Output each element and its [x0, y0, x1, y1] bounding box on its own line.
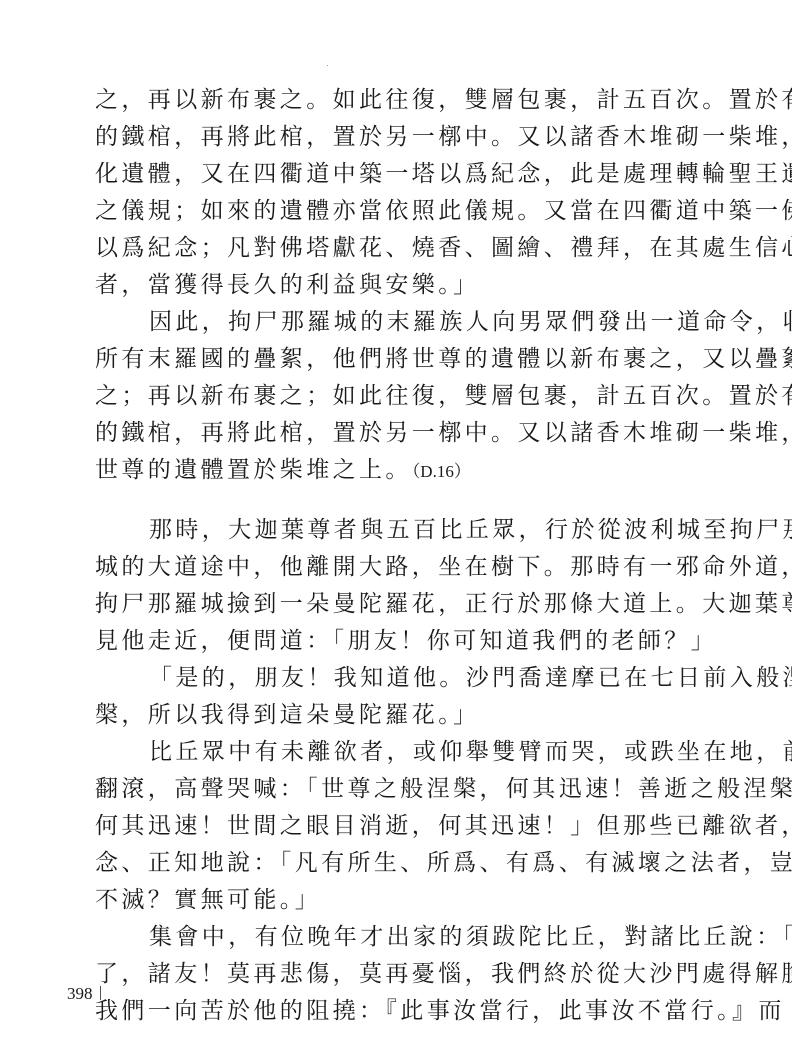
text-line: 那時，大迦葉尊者與五百比丘眾，行於從波利城至拘尸那羅 [95, 512, 695, 549]
text-line: 翻滾，高聲哭喊：「世尊之般涅槃，何其迅速！善逝之般涅槃， [95, 771, 695, 808]
text-line: 「是的，朋友！我知道他。沙門喬達摩已在七日前入般涅 [95, 660, 695, 697]
text-line: 念、正知地說：「凡有所生、所爲、有爲、有滅壞之法者，豈能 [95, 845, 695, 882]
paragraph-mahakassapa: 那時，大迦葉尊者與五百比丘眾，行於從波利城至拘尸那羅 城的大道途中，他離開大路，… [95, 512, 695, 660]
text-line: 所有末羅國的疊絮，他們將世尊的遺體以新布裹之，又以疊絮包 [95, 341, 695, 378]
page-number: 398 [67, 984, 93, 1003]
text-line: 的鐵棺，再將此棺，置於另一槨中。又以諸香木堆砌一柴堆，火 [95, 119, 695, 156]
text-line: 化遺體，又在四衢道中築一塔以爲紀念，此是處理轉輪聖王遺體 [95, 156, 695, 193]
paragraph-mallas-preparation: 因此，拘尸那羅城的末羅族人向男眾們發出一道命令，收集 所有末羅國的疊絮，他們將世… [95, 304, 695, 489]
text-line-content: 世尊的遺體置於柴堆之上。 [95, 457, 412, 483]
text-line: 何其迅速！世間之眼目消逝，何其迅速！」但那些已離欲者，正 [95, 808, 695, 845]
paragraph-monks-lament: 比丘眾中有未離欲者，或仰舉雙臂而哭，或跌坐在地，前後 翻滾，高聲哭喊：「世尊之般… [95, 734, 695, 919]
paragraph-ascetic-reply: 「是的，朋友！我知道他。沙門喬達摩已在七日前入般涅 槃，所以我得到這朵曼陀羅花。… [95, 660, 695, 734]
text-line: 了，諸友！莫再悲傷，莫再憂惱，我們終於從大沙門處得解脫。 [95, 956, 695, 993]
section-gap [95, 489, 695, 512]
body-text: 之，再以新布裹之。如此往復，雙層包裹，計五百次。置於有油 的鐵棺，再將此棺，置於… [95, 82, 695, 1030]
text-line: 以爲紀念；凡對佛塔獻花、燒香、圖繪、禮拜，在其處生信心 [95, 230, 695, 267]
text-line: 之；再以新布裹之；如此往復，雙層包裹，計五百次。置於有油 [95, 378, 695, 415]
text-line: 世尊的遺體置於柴堆之上。（D.16） [95, 452, 695, 489]
text-line: 集會中，有位晚年才出家的須跋陀比丘，對諸比丘說：「夠 [95, 919, 695, 956]
page-number-footer: 398 [67, 984, 101, 1004]
folio-divider [100, 986, 101, 1000]
paragraph-subhadda: 集會中，有位晚年才出家的須跋陀比丘，對諸比丘說：「夠 了，諸友！莫再悲傷，莫再憂… [95, 919, 695, 1030]
book-page: 之，再以新布裹之。如此往復，雙層包裹，計五百次。置於有油 的鐵棺，再將此棺，置於… [0, 0, 792, 1056]
scan-speck [327, 65, 328, 66]
text-line: 者，當獲得長久的利益與安樂。」 [95, 267, 695, 304]
text-line: 因此，拘尸那羅城的末羅族人向男眾們發出一道命令，收集 [95, 304, 695, 341]
text-line: 不滅？實無可能。」 [95, 882, 695, 919]
text-line: 我們一向苦於他的阻撓：『此事汝當行，此事汝不當行。』而 [95, 993, 695, 1030]
text-line: 之，再以新布裹之。如此往復，雙層包裹，計五百次。置於有油 [95, 82, 695, 119]
citation-reference: （D.16） [412, 462, 471, 481]
text-line: 見他走近，便問道：「朋友！你可知道我們的老師？」 [95, 623, 695, 660]
text-line: 的鐵棺，再將此棺，置於另一槨中。又以諸香木堆砌一柴堆，將 [95, 415, 695, 452]
text-line: 槃，所以我得到這朵曼陀羅花。」 [95, 697, 695, 734]
text-line: 之儀規；如來的遺體亦當依照此儀規。又當在四衢道中築一佛塔 [95, 193, 695, 230]
paragraph-continuation: 之，再以新布裹之。如此往復，雙層包裹，計五百次。置於有油 的鐵棺，再將此棺，置於… [95, 82, 695, 304]
text-line: 城的大道途中，他離開大路，坐在樹下。那時有一邪命外道，在 [95, 549, 695, 586]
text-line: 拘尸那羅城撿到一朵曼陀羅花，正行於那條大道上。大迦葉尊者 [95, 586, 695, 623]
text-line: 比丘眾中有未離欲者，或仰舉雙臂而哭，或跌坐在地，前後 [95, 734, 695, 771]
